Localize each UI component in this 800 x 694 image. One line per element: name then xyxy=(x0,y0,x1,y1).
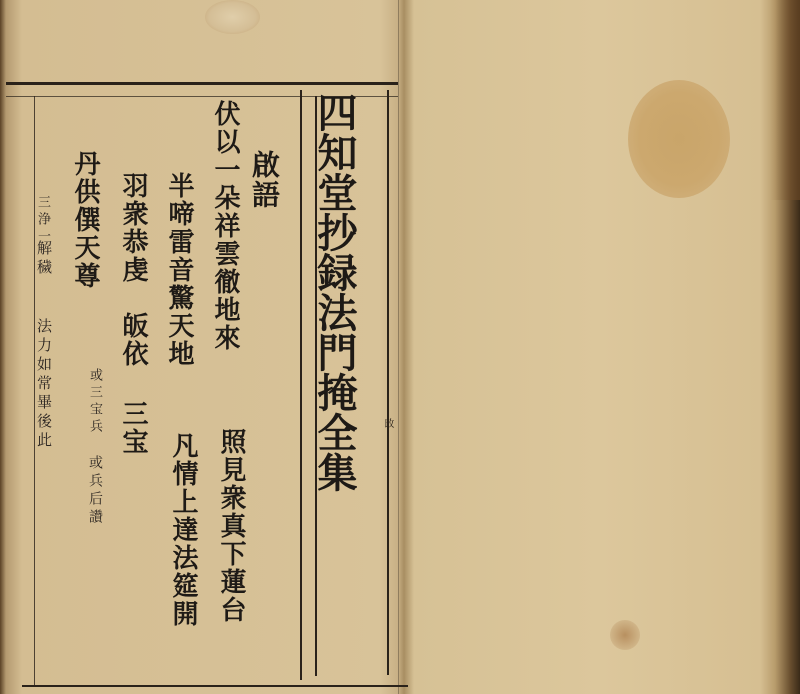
text-column-8: 丹供僎天尊 xyxy=(72,150,98,290)
note-column-3: 法力如常畢後此 xyxy=(36,318,51,451)
water-stain xyxy=(205,0,260,34)
water-stain xyxy=(610,620,640,650)
text-column-5: 三宝 xyxy=(120,400,146,456)
text-column-7: 凡情上達法筵開 xyxy=(170,432,196,628)
note-column-2: 解穢 xyxy=(36,240,51,278)
text-column-2: 半啼雷音驚天地 xyxy=(166,172,192,368)
water-stain xyxy=(628,80,730,198)
bottom-border-rule xyxy=(22,685,408,687)
title-annotation: 攺 xyxy=(380,418,395,430)
text-column-4: 皈依 xyxy=(120,312,146,368)
page-fold xyxy=(398,0,399,694)
edge-discoloration xyxy=(770,0,800,200)
note-column-4: 或三宝兵 xyxy=(88,368,101,436)
book-title: 四知堂抄録法門掩全集 xyxy=(314,92,354,492)
text-column-6: 照見衆真下蓮台 xyxy=(218,428,244,624)
note-column-5: 或兵后讚 xyxy=(88,455,102,527)
title-panel-left-rule xyxy=(300,90,302,680)
text-column-3: 羽衆恭虔 xyxy=(120,172,146,284)
text-column-1: 伏以一朵祥雲徹地來 xyxy=(212,100,238,352)
manuscript-spread: 四知堂抄録法門掩全集 攺 啟語 伏以一朵祥雲徹地來 半啼雷音驚天地 羽衆恭虔 皈… xyxy=(0,0,800,694)
title-panel-right-rule xyxy=(387,90,389,675)
note-column-1: 三浄一 xyxy=(36,195,49,246)
heading: 啟語 xyxy=(250,150,278,210)
top-border-rule xyxy=(6,82,398,85)
